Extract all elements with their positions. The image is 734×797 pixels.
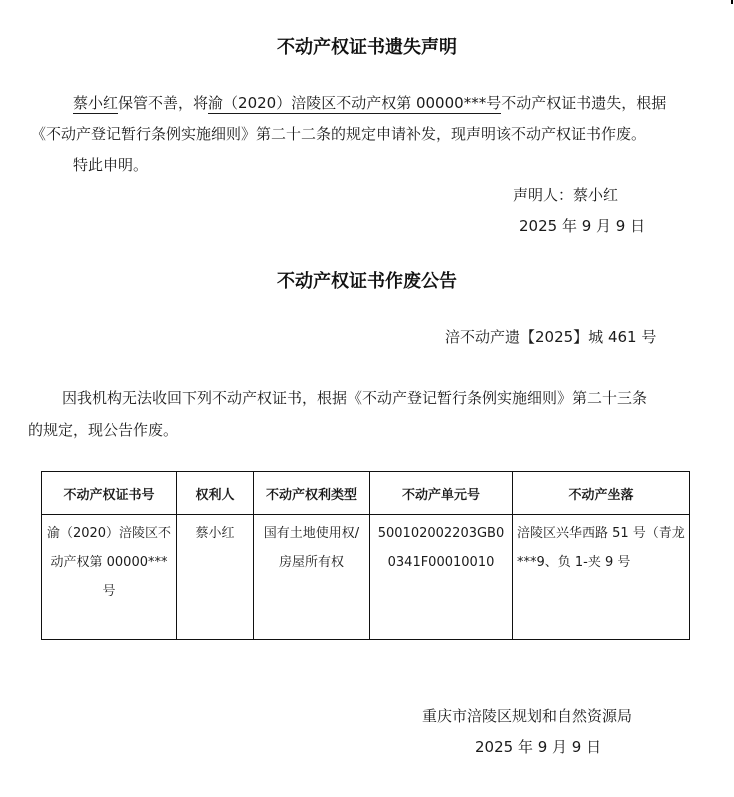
para1-text-a: 保管不善，将: [118, 94, 208, 112]
void-certificates-table: 不动产权证书号 权利人 不动产权利类型 不动产单元号 不动产坐落 渝（2020）…: [41, 471, 690, 640]
loss-statement-para1-line2: 《不动产登记暂行条例实施细则》第二十二条的规定申请补发，现声明该不动产权证书作废…: [31, 124, 646, 144]
cell-right-type: 国有土地使用权/房屋所有权: [254, 515, 370, 640]
corner-mark: [731, 0, 733, 4]
declarant: 声明人：蔡小红: [513, 185, 618, 205]
certificate-reference: 渝（2020）涪陵区不动产权第 00000***号: [208, 94, 501, 114]
header-right-type: 不动产权利类型: [254, 472, 370, 515]
cell-unit-number: 500102002203GB00341F00010010: [370, 515, 513, 640]
header-location: 不动产坐落: [513, 472, 690, 515]
declarant-name: 蔡小红: [573, 186, 618, 204]
loss-statement-title: 不动产权证书遗失声明: [0, 33, 734, 59]
para1-text-b: 不动产权证书遗失，根据: [501, 94, 666, 112]
header-certificate-number: 不动产权证书号: [42, 472, 177, 515]
cell-location: 涪陵区兴华西路 51 号（青龙***9、负 1-夹 9 号: [513, 515, 690, 640]
declarant-label: 声明人：: [513, 186, 573, 204]
holder-name: 蔡小红: [73, 94, 118, 114]
void-notice-title: 不动产权证书作废公告: [0, 267, 734, 293]
void-notice-body-line2: 的规定，现公告作废。: [28, 420, 178, 440]
loss-statement-para1-line1: 蔡小红保管不善，将渝（2020）涪陵区不动产权第 00000***号不动产权证书…: [73, 93, 666, 113]
header-right-holder: 权利人: [177, 472, 254, 515]
table-header-row: 不动产权证书号 权利人 不动产权利类型 不动产单元号 不动产坐落: [42, 472, 690, 515]
cell-right-holder: 蔡小红: [177, 515, 254, 640]
loss-statement-closing: 特此申明。: [73, 155, 148, 175]
cell-certificate-number: 渝（2020）涪陵区不动产权第 00000***号: [42, 515, 177, 640]
void-notice-body-line1: 因我机构无法收回下列不动产权证书，根据《不动产登记暂行条例实施细则》第二十三条: [62, 388, 647, 408]
loss-statement-date: 2025 年 9 月 9 日: [519, 216, 645, 236]
void-notice-date: 2025 年 9 月 9 日: [475, 737, 601, 757]
void-notice-doc-number: 涪不动产遗【2025】城 461 号: [445, 327, 656, 347]
issuer: 重庆市涪陵区规划和自然资源局: [422, 706, 632, 726]
table-row: 渝（2020）涪陵区不动产权第 00000***号 蔡小红 国有土地使用权/房屋…: [42, 515, 690, 640]
header-unit-number: 不动产单元号: [370, 472, 513, 515]
